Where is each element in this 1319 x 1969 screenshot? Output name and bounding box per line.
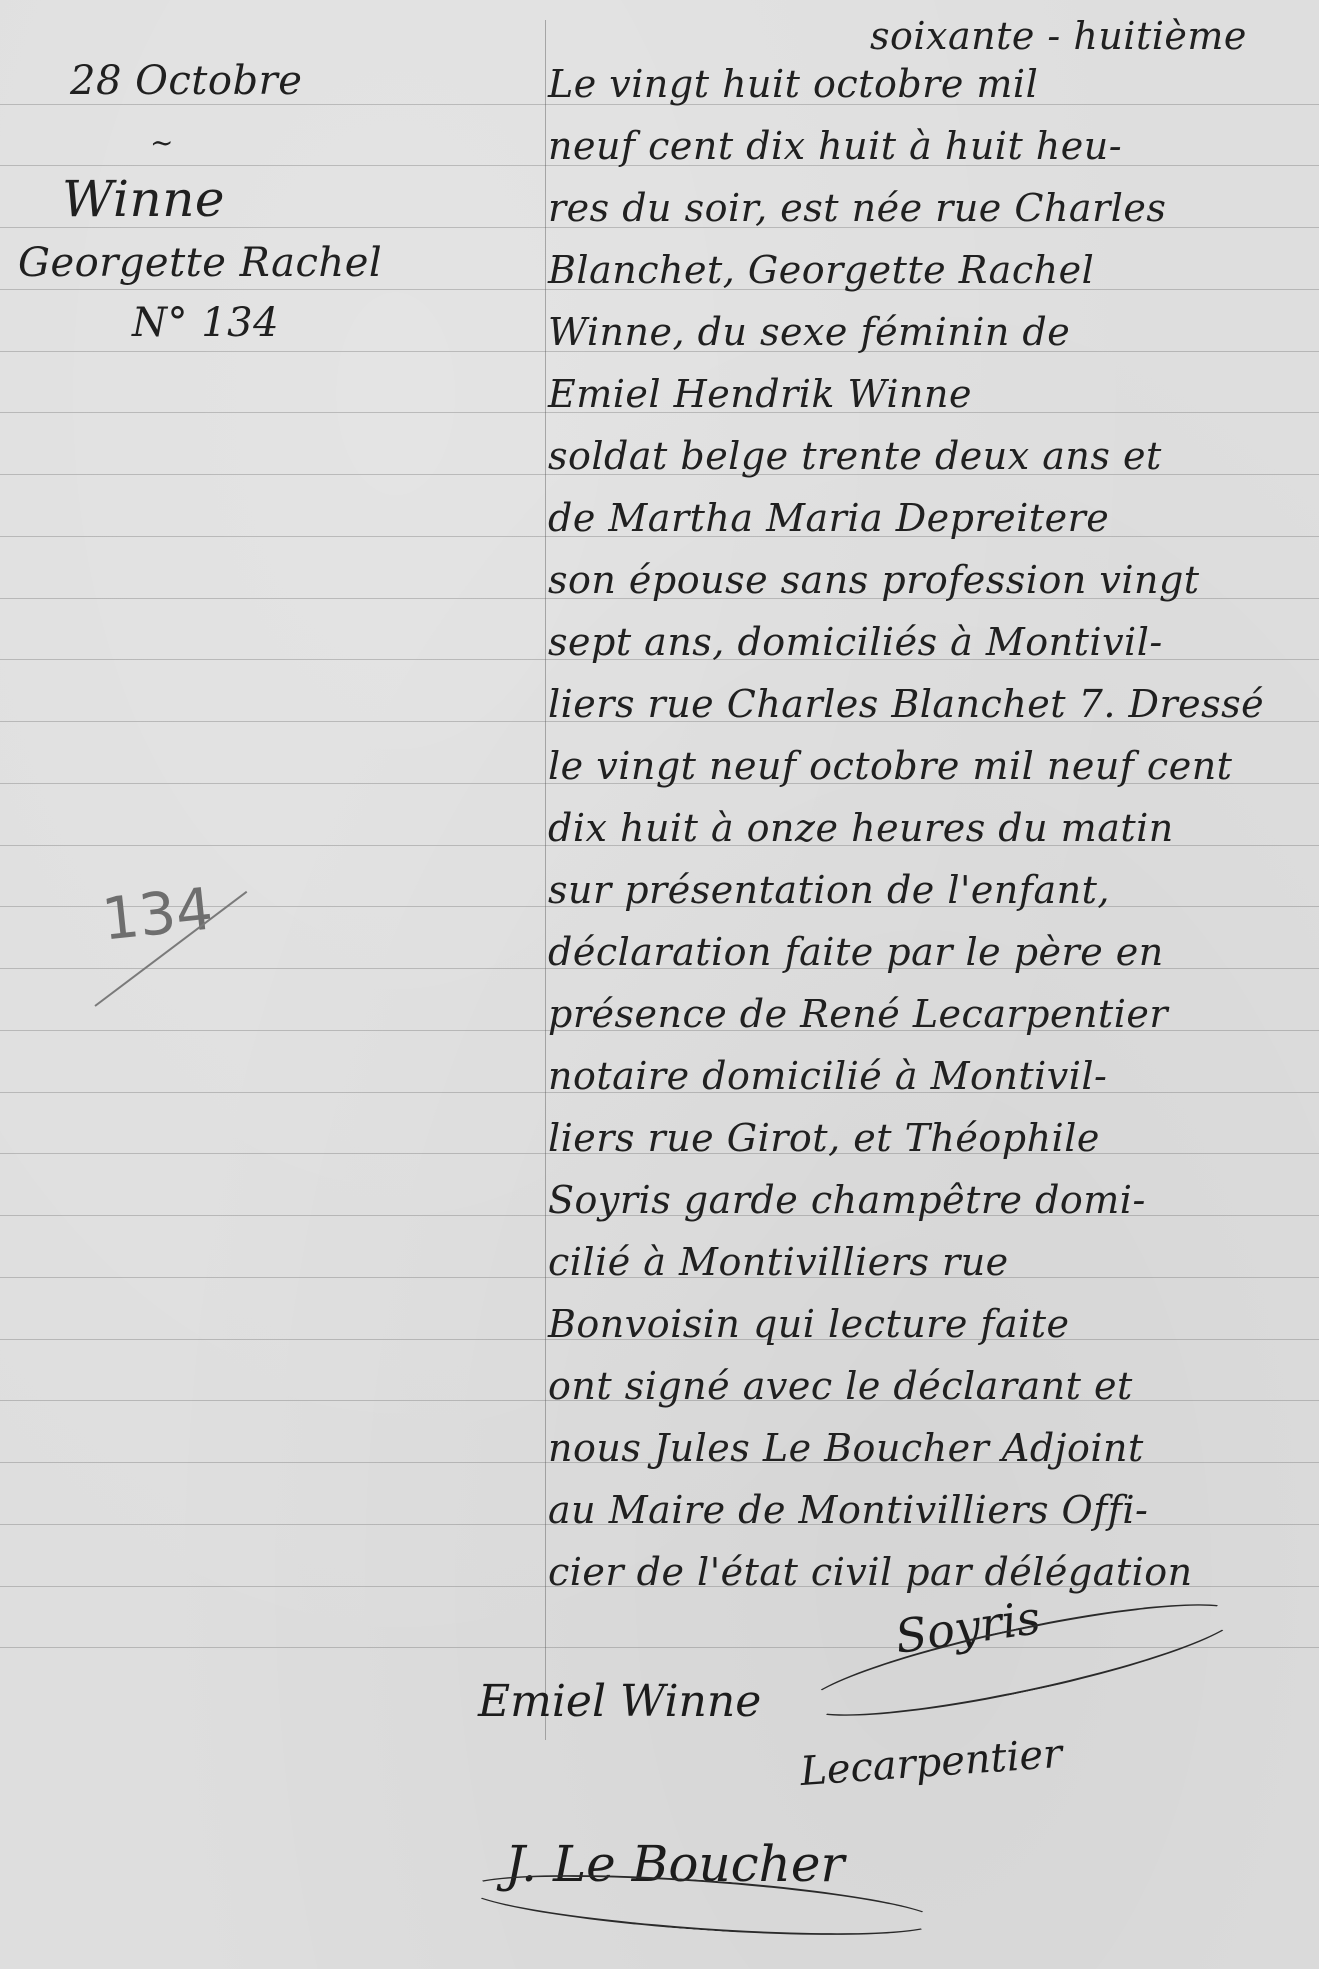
- body-line: Le vingt huit octobre mil: [548, 62, 1038, 106]
- body-line: cilié à Montivilliers rue: [548, 1240, 1009, 1284]
- margin-line: [545, 20, 546, 1740]
- body-line: sur présentation de l'enfant,: [548, 868, 1110, 912]
- body-line: Bonvoisin qui lecture faite: [548, 1302, 1070, 1346]
- body-line: Soyris garde champêtre domi-: [548, 1178, 1146, 1222]
- body-line: son épouse sans profession vingt: [548, 558, 1200, 602]
- signature-witness-2: Lecarpentier: [799, 1731, 1064, 1795]
- body-line: res du soir, est née rue Charles: [548, 186, 1166, 230]
- body-line: liers rue Charles Blanchet 7. Dressé: [548, 682, 1264, 726]
- margin-separator: ~: [150, 126, 174, 159]
- body-line: dix huit à onze heures du matin: [548, 806, 1174, 850]
- body-line: présence de René Lecarpentier: [548, 992, 1168, 1036]
- margin-given-names: Georgette Rachel: [18, 240, 382, 286]
- margin-entry-number: N° 134: [132, 300, 279, 346]
- body-line: Emiel Hendrik Winne: [548, 372, 972, 416]
- body-line: nous Jules Le Boucher Adjoint: [548, 1426, 1144, 1470]
- body-line: notaire domicilié à Montivil-: [548, 1054, 1107, 1098]
- body-line: sept ans, domiciliés à Montivil-: [548, 620, 1163, 664]
- body-line: le vingt neuf octobre mil neuf cent: [548, 744, 1232, 788]
- body-line: au Maire de Montivilliers Offi-: [548, 1488, 1148, 1532]
- signature-declarant: Emiel Winne: [478, 1676, 761, 1727]
- margin-surname: Winne: [62, 170, 225, 228]
- body-line: neuf cent dix huit à huit heu-: [548, 124, 1122, 168]
- pencil-entry-number: 134: [99, 874, 216, 953]
- margin-date: 28 Octobre: [70, 58, 302, 104]
- body-line: de Martha Maria Depreitere: [548, 496, 1109, 540]
- body-line: ont signé avec le déclarant et: [548, 1364, 1133, 1408]
- body-line: liers rue Girot, et Théophile: [548, 1116, 1100, 1160]
- entry-ordinal-heading: soixante - huitième: [870, 14, 1247, 58]
- body-line: soldat belge trente deux ans et: [548, 434, 1162, 478]
- body-line: Winne, du sexe féminin de: [548, 310, 1070, 354]
- body-line: Blanchet, Georgette Rachel: [548, 248, 1094, 292]
- body-line: déclaration faite par le père en: [548, 930, 1164, 974]
- body-line: cier de l'état civil par délégation: [548, 1550, 1193, 1594]
